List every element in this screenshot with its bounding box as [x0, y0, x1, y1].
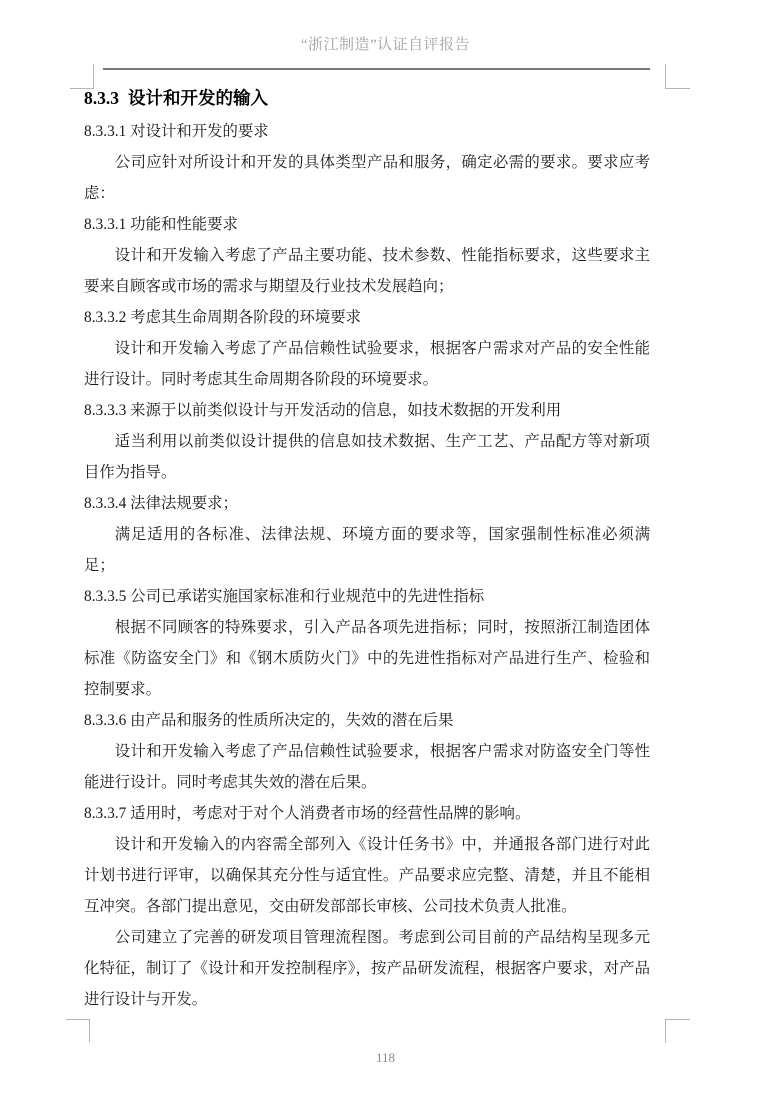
section-heading-title: 设计和开发的输入 [128, 88, 268, 108]
header-rule [103, 68, 650, 70]
page-header-title: “浙江制造”认证自评报告 [0, 33, 771, 54]
paragraph: 设计和开发输入考虑了产品信赖性试验要求，根据客户需求对产品的安全性能进行设计。同… [84, 333, 650, 395]
paragraph: 设计和开发输入考虑了产品信赖性试验要求，根据客户需求对防盗安全门等性能进行设计。… [84, 736, 650, 798]
subsection-title: 8.3.3.3 来源于以前类似设计与开发活动的信息，如技术数据的开发利用 [84, 395, 650, 426]
crop-mark-bottom-right-icon [665, 1019, 690, 1043]
paragraph: 公司建立了完善的研发项目管理流程图。考虑到公司目前的产品结构呈现多元化特征，制订… [84, 922, 650, 1015]
page-number: 118 [0, 1050, 771, 1066]
paragraph: 设计和开发输入的内容需全部列入《设计任务书》中，并通报各部门进行对此计划书进行评… [84, 829, 650, 922]
subsection-title: 8.3.3.1 功能和性能要求 [84, 209, 650, 240]
paragraph: 适当利用以前类似设计提供的信息如技术数据、生产工艺、产品配方等对新项目作为指导。 [84, 426, 650, 488]
crop-mark-bottom-left-icon [66, 1019, 90, 1042]
subsection-title: 8.3.3.2 考虑其生命周期各阶段的环境要求 [84, 302, 650, 333]
paragraph: 设计和开发输入考虑了产品主要功能、技术参数、性能指标要求，这些要求主要来自顾客或… [84, 240, 650, 302]
paragraph: 根据不同顾客的特殊要求，引入产品各项先进指标；同时，按照浙江制造团体标准《防盗安… [84, 612, 650, 705]
paragraph: 公司应针对所设计和开发的具体类型产品和服务，确定必需的要求。要求应考虑： [84, 147, 650, 209]
section-heading-number: 8.3.3 [84, 88, 119, 108]
subsection-title: 8.3.3.5 公司已承诺实施国家标准和行业规范中的先进性指标 [84, 581, 650, 612]
subsection-title: 8.3.3.6 由产品和服务的性质所决定的，失效的潜在后果 [84, 705, 650, 736]
subsection-title: 8.3.3.1 对设计和开发的要求 [84, 116, 650, 147]
crop-mark-top-right-icon [665, 64, 690, 89]
subsection-title: 8.3.3.7 适用时，考虑对于对个人消费者市场的经营性品牌的影响。 [84, 798, 650, 829]
section-heading: 8.3.3设计和开发的输入 [84, 85, 650, 111]
document-page: “浙江制造”认证自评报告 8.3.3设计和开发的输入 8.3.3.1 对设计和开… [0, 0, 771, 1115]
subsection-title: 8.3.3.4 法律法规要求； [84, 488, 650, 519]
paragraph: 满足适用的各标准、法律法规、环境方面的要求等，国家强制性标准必须满足； [84, 519, 650, 581]
document-body: 8.3.3设计和开发的输入 8.3.3.1 对设计和开发的要求 公司应针对所设计… [84, 85, 650, 1015]
